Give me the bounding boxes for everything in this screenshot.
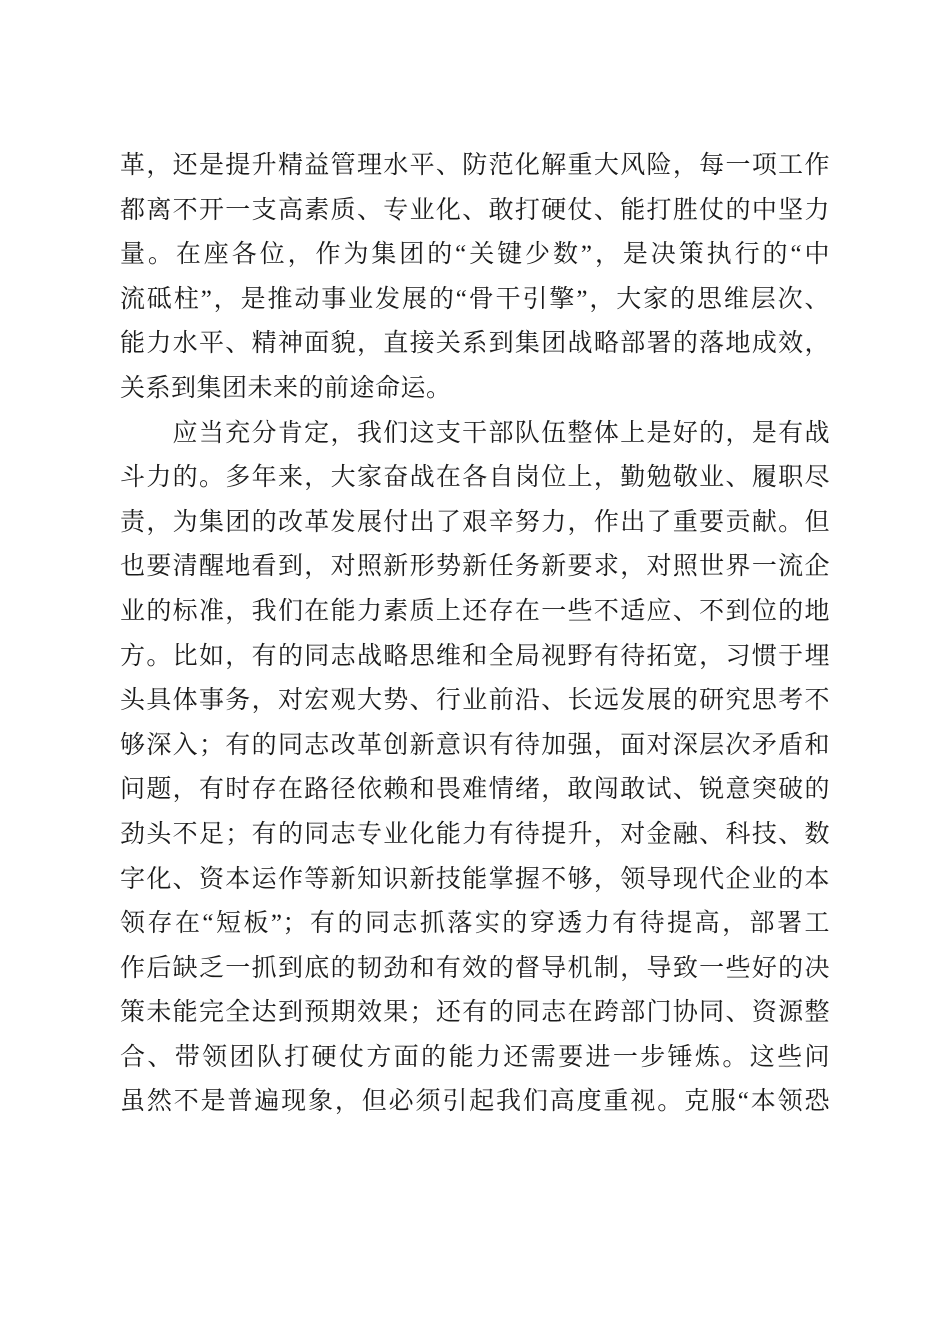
text-line: 问题，有时存在路径依赖和畏难情绪，敢闯敢试、锐意突破的 (120, 768, 830, 813)
text-line: 也要清醒地看到，对照新形势新任务新要求，对照世界一流企 (120, 545, 830, 590)
text-line: 都离不开一支高素质、专业化、敢打硬仗、能打胜仗的中坚力 (120, 189, 830, 234)
text-line: 作后缺乏一抓到底的韧劲和有效的督导机制，导致一些好的决 (120, 947, 830, 992)
text-line: 革，还是提升精益管理水平、防范化解重大风险，每一项工作 (120, 144, 830, 189)
text-block: 革，还是提升精益管理水平、防范化解重大风险，每一项工作都离不开一支高素质、专业化… (120, 144, 830, 1125)
text-line: 虽然不是普遍现象，但必须引起我们高度重视。克服“本领恐 (120, 1080, 830, 1125)
text-line: 字化、资本运作等新知识新技能掌握不够，领导现代企业的本 (120, 858, 830, 903)
text-line: 应当充分肯定，我们这支干部队伍整体上是好的，是有战 (120, 412, 830, 457)
text-line: 够深入；有的同志改革创新意识有待加强，面对深层次矛盾和 (120, 724, 830, 769)
paragraph: 应当充分肯定，我们这支干部队伍整体上是好的，是有战斗力的。多年来，大家奋战在各自… (120, 412, 830, 1126)
text-line: 能力水平、精神面貌，直接关系到集团战略部署的落地成效， (120, 322, 830, 367)
text-line: 关系到集团未来的前途命运。 (120, 367, 830, 412)
text-line: 领存在“短板”；有的同志抓落实的穿透力有待提高，部署工 (120, 902, 830, 947)
text-line: 流砥柱”，是推动事业发展的“骨干引擎”，大家的思维层次、 (120, 278, 830, 323)
text-line: 方。比如，有的同志战略思维和全局视野有待拓宽，习惯于埋 (120, 635, 830, 680)
document-page: 革，还是提升精益管理水平、防范化解重大风险，每一项工作都离不开一支高素质、专业化… (0, 0, 950, 1344)
text-line: 策未能完全达到预期效果；还有的同志在跨部门协同、资源整 (120, 991, 830, 1036)
paragraph: 革，还是提升精益管理水平、防范化解重大风险，每一项工作都离不开一支高素质、专业化… (120, 144, 830, 412)
text-line: 业的标准，我们在能力素质上还存在一些不适应、不到位的地 (120, 590, 830, 635)
text-line: 合、带领团队打硬仗方面的能力还需要进一步锤炼。这些问题， (120, 1036, 830, 1081)
text-line: 劲头不足；有的同志专业化能力有待提升，对金融、科技、数 (120, 813, 830, 858)
text-line: 头具体事务，对宏观大势、行业前沿、长远发展的研究思考不 (120, 679, 830, 724)
text-line: 斗力的。多年来，大家奋战在各自岗位上，勤勉敬业、履职尽 (120, 456, 830, 501)
text-line: 量。在座各位，作为集团的“关键少数”，是决策执行的“中 (120, 233, 830, 278)
text-line: 责，为集团的改革发展付出了艰辛努力，作出了重要贡献。但 (120, 501, 830, 546)
